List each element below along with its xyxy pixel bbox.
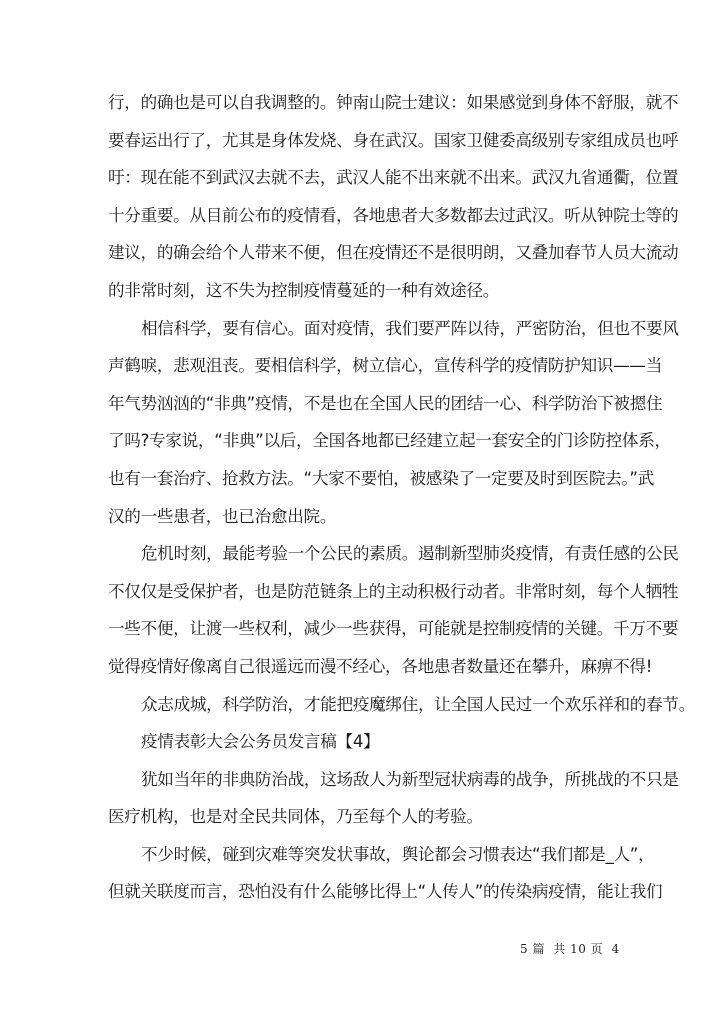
text-line: 也有一套治疗、抢救方法。“大家不要怕，被感染了一定要及时到医院去。”武 [108,460,612,498]
text-line: 吁：现在能不到武汉去就不去，武汉人能不出来就不出来。武汉九省通衢，位置 [108,159,612,197]
text-line: 声鹤唳，悲观沮丧。要相信科学，树立信心，宣传科学的疫情防护知识——当 [108,347,612,385]
text-line: 觉得疫情好像离自己很遥远而漫不经心，各地患者数量还在攀升，麻痹不得! [108,648,612,686]
text-line: 汉的一些患者，也已治愈出院。 [108,498,612,536]
text-line: 犹如当年的非典防治战，这场敌人为新型冠状病毒的战争，所挑战的不只是 [108,761,612,799]
paragraph-5: 犹如当年的非典防治战，这场敌人为新型冠状病毒的战争，所挑战的不只是 医疗机构，也… [108,761,612,836]
section-heading: 疫情表彰大会公务员发言稿【4】 [108,723,612,761]
text-line: 了吗?专家说，“非典”以后，全国各地都已经建立起一套安全的门诊防控体系， [108,422,612,460]
text-line: 医疗机构，也是对全民共同体，乃至每个人的考验。 [108,798,612,836]
text-line: 但就关联度而言，恐怕没有什么能够比得上“人传人”的传染病疫情，能让我们 [108,873,612,911]
paragraph-1: 行，的确也是可以自我调整的。钟南山院士建议：如果感觉到身体不舒服，就不 要春运出… [108,84,612,310]
text-line: 不少时候，碰到灾难等突发状事故，舆论都会习惯表达“我们都是_人”， [108,836,612,874]
text-line: 众志成城，科学防治，才能把疫魔绑住，让全国人民过一个欢乐祥和的春节。 [108,686,612,724]
text-line: 年气势汹汹的“非典”疫情，不是也在全国人民的团结一心、科学防治下被摁住 [108,385,612,423]
text-line: 十分重要。从目前公布的疫情看，各地患者大多数都去过武汉。听从钟院士等的 [108,197,612,235]
text-line: 相信科学，要有信心。面对疫情，我们要严阵以待，严密防治，但也不要风 [108,310,612,348]
paragraph-3: 危机时刻，最能考验一个公民的素质。遏制新型肺炎疫情，有责任感的公民 不仅仅是受保… [108,535,612,685]
document-body: 行，的确也是可以自我调整的。钟南山院士建议：如果感觉到身体不舒服，就不 要春运出… [108,84,612,911]
text-line: 不仅仅是受保护者，也是防范链条上的主动积极行动者。非常时刻，每个人牺牲 [108,573,612,611]
paragraph-6: 不少时候，碰到灾难等突发状事故，舆论都会习惯表达“我们都是_人”， 但就关联度而… [108,836,612,911]
text-line: 一些不便，让渡一些权利，减少一些获得，可能就是控制疫情的关键。千万不要 [108,610,612,648]
text-line: 行，的确也是可以自我调整的。钟南山院士建议：如果感觉到身体不舒服，就不 [108,84,612,122]
footer-page-number: 4 [612,942,620,956]
heading-text: 疫情表彰大会公务员发言稿【4】 [108,723,612,761]
page-footer: 5 篇 共 10 页 4 [520,940,624,957]
paragraph-4: 众志成城，科学防治，才能把疫魔绑住，让全国人民过一个欢乐祥和的春节。 [108,686,612,724]
footer-article-count: 5 篇 [520,942,545,956]
document-page: 行，的确也是可以自我调整的。钟南山院士建议：如果感觉到身体不舒服，就不 要春运出… [0,0,720,1020]
text-line: 要春运出行了，尤其是身体发烧、身在武汉。国家卫健委高级别专家组成员也呼 [108,122,612,160]
paragraph-2: 相信科学，要有信心。面对疫情，我们要严阵以待，严密防治，但也不要风 声鹤唳，悲观… [108,310,612,536]
footer-total-pages: 共 10 页 [553,942,603,956]
text-line: 危机时刻，最能考验一个公民的素质。遏制新型肺炎疫情，有责任感的公民 [108,535,612,573]
text-line: 的非常时刻，这不失为控制疫情蔓延的一种有效途径。 [108,272,612,310]
text-line: 建议，的确会给个人带来不便，但在疫情还不是很明朗，又叠加春节人员大流动 [108,234,612,272]
